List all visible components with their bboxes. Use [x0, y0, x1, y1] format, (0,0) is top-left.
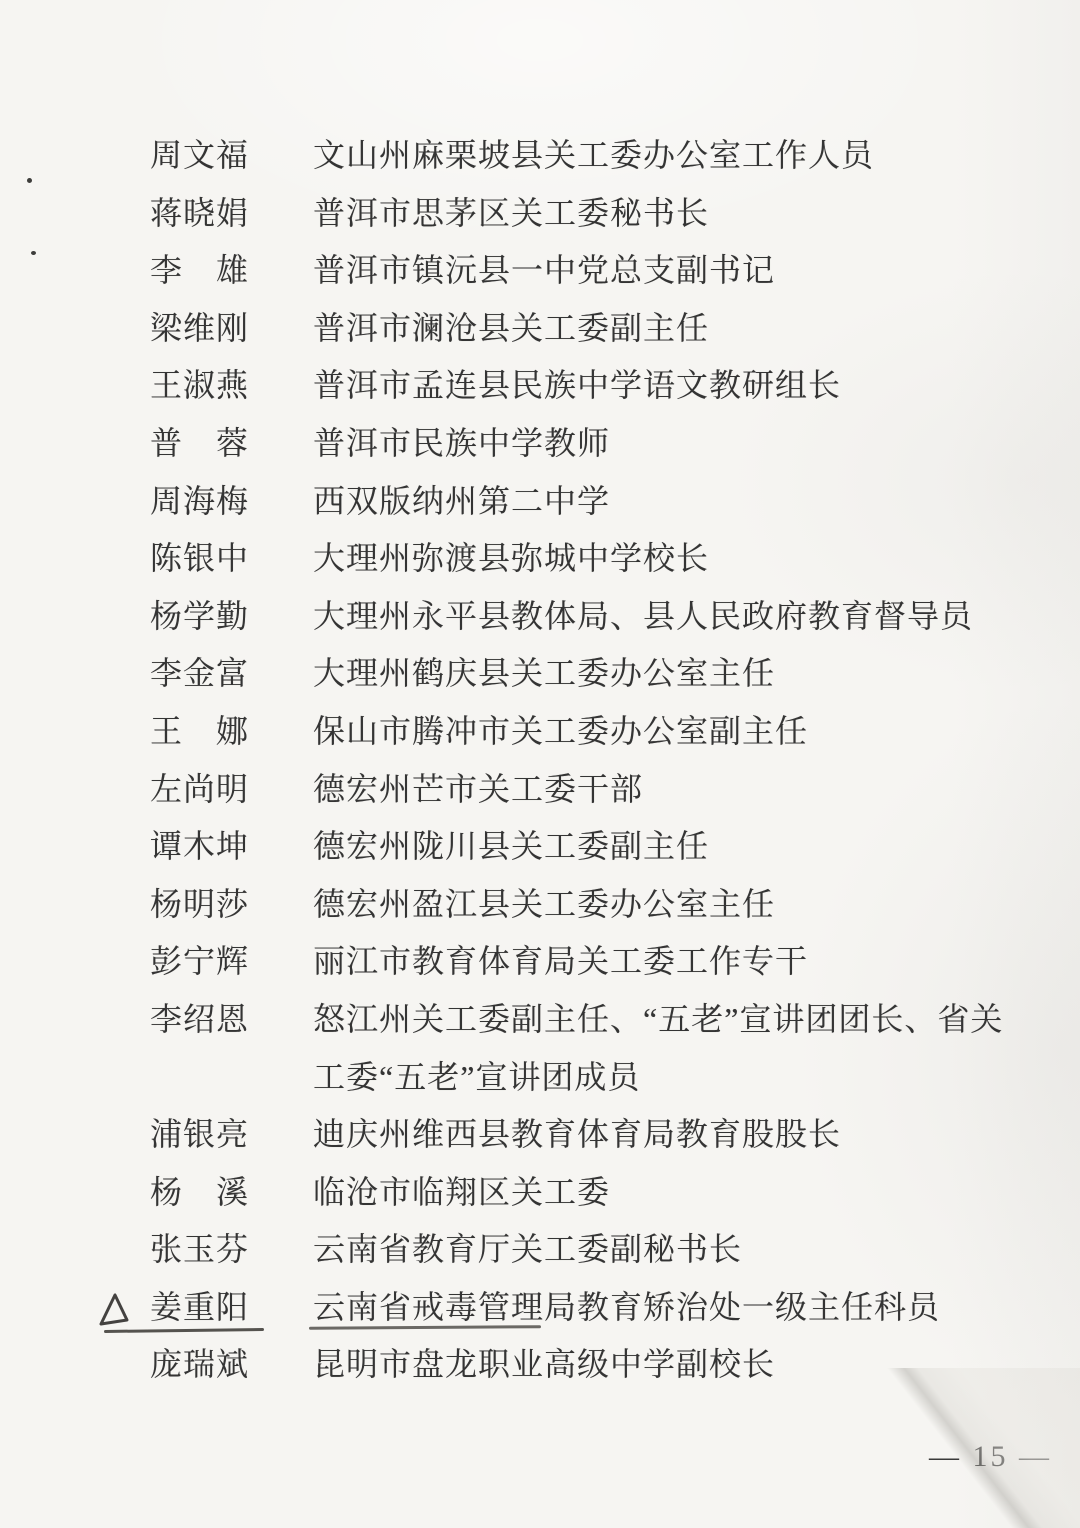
person-title: 普洱市镇沅县一中党总支副书记: [313, 242, 1025, 300]
person-name: 普 蓉: [150, 415, 252, 473]
list-item: 李金富 大理州鹤庆县关工委办公室主任: [0, 645, 1080, 703]
person-name: 杨 溪: [150, 1164, 252, 1222]
list-item: 蒋晓娟 普洱市思茅区关工委秘书长: [0, 185, 1080, 243]
list-item: 浦银亮 迪庆州维西县教育体育局教育股股长: [0, 1106, 1080, 1164]
person-name: 左尚明: [150, 761, 252, 819]
person-title: 文山州麻栗坡县关工委办公室工作人员: [313, 127, 1025, 185]
paper-crease: [860, 1368, 1080, 1528]
person-title: 普洱市思茅区关工委秘书长: [313, 185, 1025, 243]
person-name: 梁维刚: [150, 300, 252, 358]
person-title: 大理州弥渡县弥城中学校长: [313, 530, 1025, 588]
list-item: 谭木坤 德宏州陇川县关工委副主任: [0, 818, 1080, 876]
person-title: 西双版纳州第二中学: [313, 473, 1025, 531]
person-title: 德宏州芒市关工委干部: [313, 761, 1025, 819]
document-page: 周文福 文山州麻栗坡县关工委办公室工作人员 蒋晓娟 普洱市思茅区关工委秘书长 李…: [0, 0, 1080, 1528]
person-name: 陈银中: [150, 530, 252, 588]
person-name: 李 雄: [150, 242, 252, 300]
list-item: 杨学勤 大理州永平县教体局、县人民政府教育督导员: [0, 588, 1080, 646]
person-title: 临沧市临翔区关工委: [313, 1164, 1025, 1222]
person-name: 周文福: [150, 127, 252, 185]
person-title: 云南省教育厅关工委副秘书长: [313, 1221, 1025, 1279]
list-item: 彭宁辉 丽江市教育体育局关工委工作专干: [0, 933, 1080, 991]
list-item: 李 雄 普洱市镇沅县一中党总支副书记: [0, 242, 1080, 300]
person-title: 德宏州陇川县关工委副主任: [313, 818, 1025, 876]
list-item: 王淑燕 普洱市孟连县民族中学语文教研组长: [0, 357, 1080, 415]
person-name: 庞瑞斌: [150, 1336, 252, 1394]
person-name: 张玉芬: [150, 1221, 252, 1279]
person-title: 普洱市孟连县民族中学语文教研组长: [313, 357, 1025, 415]
list-item: 李绍恩 怒江州关工委副主任、“五老”宣讲团团长、省关工委“五老”宣讲团成员: [0, 991, 1080, 1106]
person-title: 德宏州盈江县关工委办公室主任: [313, 876, 1025, 934]
person-name: 浦银亮: [150, 1106, 252, 1164]
person-name: 杨学勤: [150, 588, 252, 646]
person-title: 大理州永平县教体局、县人民政府教育督导员: [313, 588, 1025, 646]
list-item: 王 娜 保山市腾冲市关工委办公室副主任: [0, 703, 1080, 761]
person-name: 李金富: [150, 645, 252, 703]
person-title: 迪庆州维西县教育体育局教育股股长: [313, 1106, 1025, 1164]
person-title: 保山市腾冲市关工委办公室副主任: [313, 703, 1025, 761]
person-title: 丽江市教育体育局关工委工作专干: [313, 933, 1025, 991]
handwritten-triangle-mark-icon: [94, 1289, 136, 1331]
list-item: 杨 溪 临沧市临翔区关工委: [0, 1164, 1080, 1222]
person-name: 周海梅: [150, 473, 252, 531]
person-name: 蒋晓娟: [150, 185, 252, 243]
person-name: 王 娜: [150, 703, 252, 761]
list-item: 梁维刚 普洱市澜沧县关工委副主任: [0, 300, 1080, 358]
list-item: 左尚明 德宏州芒市关工委干部: [0, 761, 1080, 819]
list-item: 周文福 文山州麻栗坡县关工委办公室工作人员: [0, 127, 1080, 185]
list-item: 张玉芬 云南省教育厅关工委副秘书长: [0, 1221, 1080, 1279]
person-name: 王淑燕: [150, 357, 252, 415]
list-item: 周海梅 西双版纳州第二中学: [0, 473, 1080, 531]
person-title: 怒江州关工委副主任、“五老”宣讲团团长、省关工委“五老”宣讲团成员: [313, 991, 1025, 1106]
person-name: 谭木坤: [150, 818, 252, 876]
list-item: 陈银中 大理州弥渡县弥城中学校长: [0, 530, 1080, 588]
person-name: 李绍恩: [150, 991, 252, 1049]
person-name: 杨明莎: [150, 876, 252, 934]
list-item: 姜重阳 云南省戒毒管理局教育矫治处一级主任科员: [0, 1279, 1080, 1337]
person-title: 普洱市民族中学教师: [313, 415, 1025, 473]
list-item: 普 蓉 普洱市民族中学教师: [0, 415, 1080, 473]
person-title: 普洱市澜沧县关工委副主任: [313, 300, 1025, 358]
person-title: 大理州鹤庆县关工委办公室主任: [313, 645, 1025, 703]
list-item: 杨明莎 德宏州盈江县关工委办公室主任: [0, 876, 1080, 934]
person-name: 彭宁辉: [150, 933, 252, 991]
recognition-name-list: 周文福 文山州麻栗坡县关工委办公室工作人员 蒋晓娟 普洱市思茅区关工委秘书长 李…: [0, 127, 1080, 1394]
